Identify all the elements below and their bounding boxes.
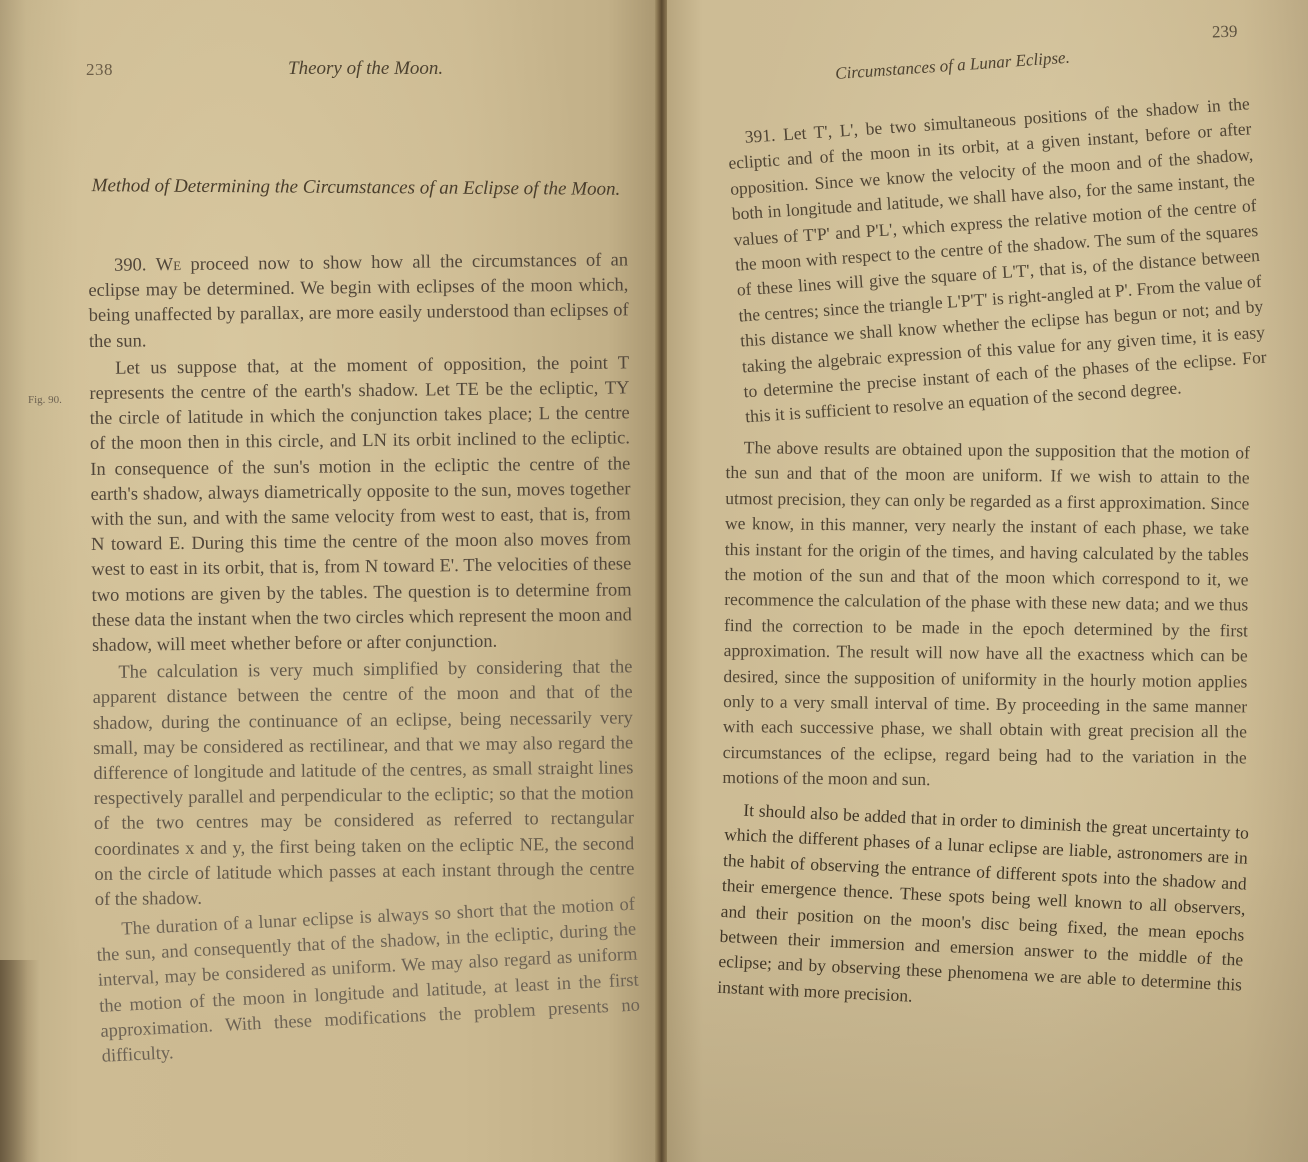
section-title: Method of Determining the Circumstances …: [86, 174, 626, 202]
paragraph-text: Let T', L', be two simultaneous position…: [728, 93, 1267, 427]
paragraph-lead: We: [156, 255, 182, 275]
paragraph-number: 390.: [114, 255, 147, 275]
open-book-spread: 238 Theory of the Moon. Method of Determ…: [0, 0, 1308, 1162]
page-number: 239: [1212, 22, 1238, 43]
paragraph: Let us suppose that, at the moment of op…: [89, 351, 632, 659]
paragraph: The duration of a lunar eclipse is alway…: [95, 893, 642, 1070]
running-head: Circumstances of a Lunar Eclipse.: [835, 48, 1071, 84]
running-head: Theory of the Moon.: [288, 58, 443, 80]
figure-reference: Fig. 90.: [28, 394, 62, 406]
left-page-body: 390. We proceed now to show how all the …: [88, 248, 637, 1072]
left-page-header: 238 Theory of the Moon.: [86, 58, 626, 88]
left-page: 238 Theory of the Moon. Method of Determ…: [0, 0, 660, 1162]
book-gutter: [655, 0, 667, 1162]
paragraph-number: 391.: [744, 125, 776, 147]
right-page: 239 Circumstances of a Lunar Eclipse. 39…: [664, 0, 1308, 1162]
paragraph: It should also be added that in order to…: [717, 797, 1250, 1024]
right-page-body: 391. Let T', L', be two simultaneous pos…: [726, 126, 1250, 1001]
paragraph: The above results are obtained upon the …: [722, 435, 1250, 796]
paragraph-391: 391. Let T', L', be two simultaneous pos…: [726, 91, 1269, 430]
paragraph: The calculation is very much simplified …: [92, 656, 635, 914]
paragraph-390: 390. We proceed now to show how all the …: [88, 248, 629, 354]
page-number: 238: [86, 60, 113, 80]
